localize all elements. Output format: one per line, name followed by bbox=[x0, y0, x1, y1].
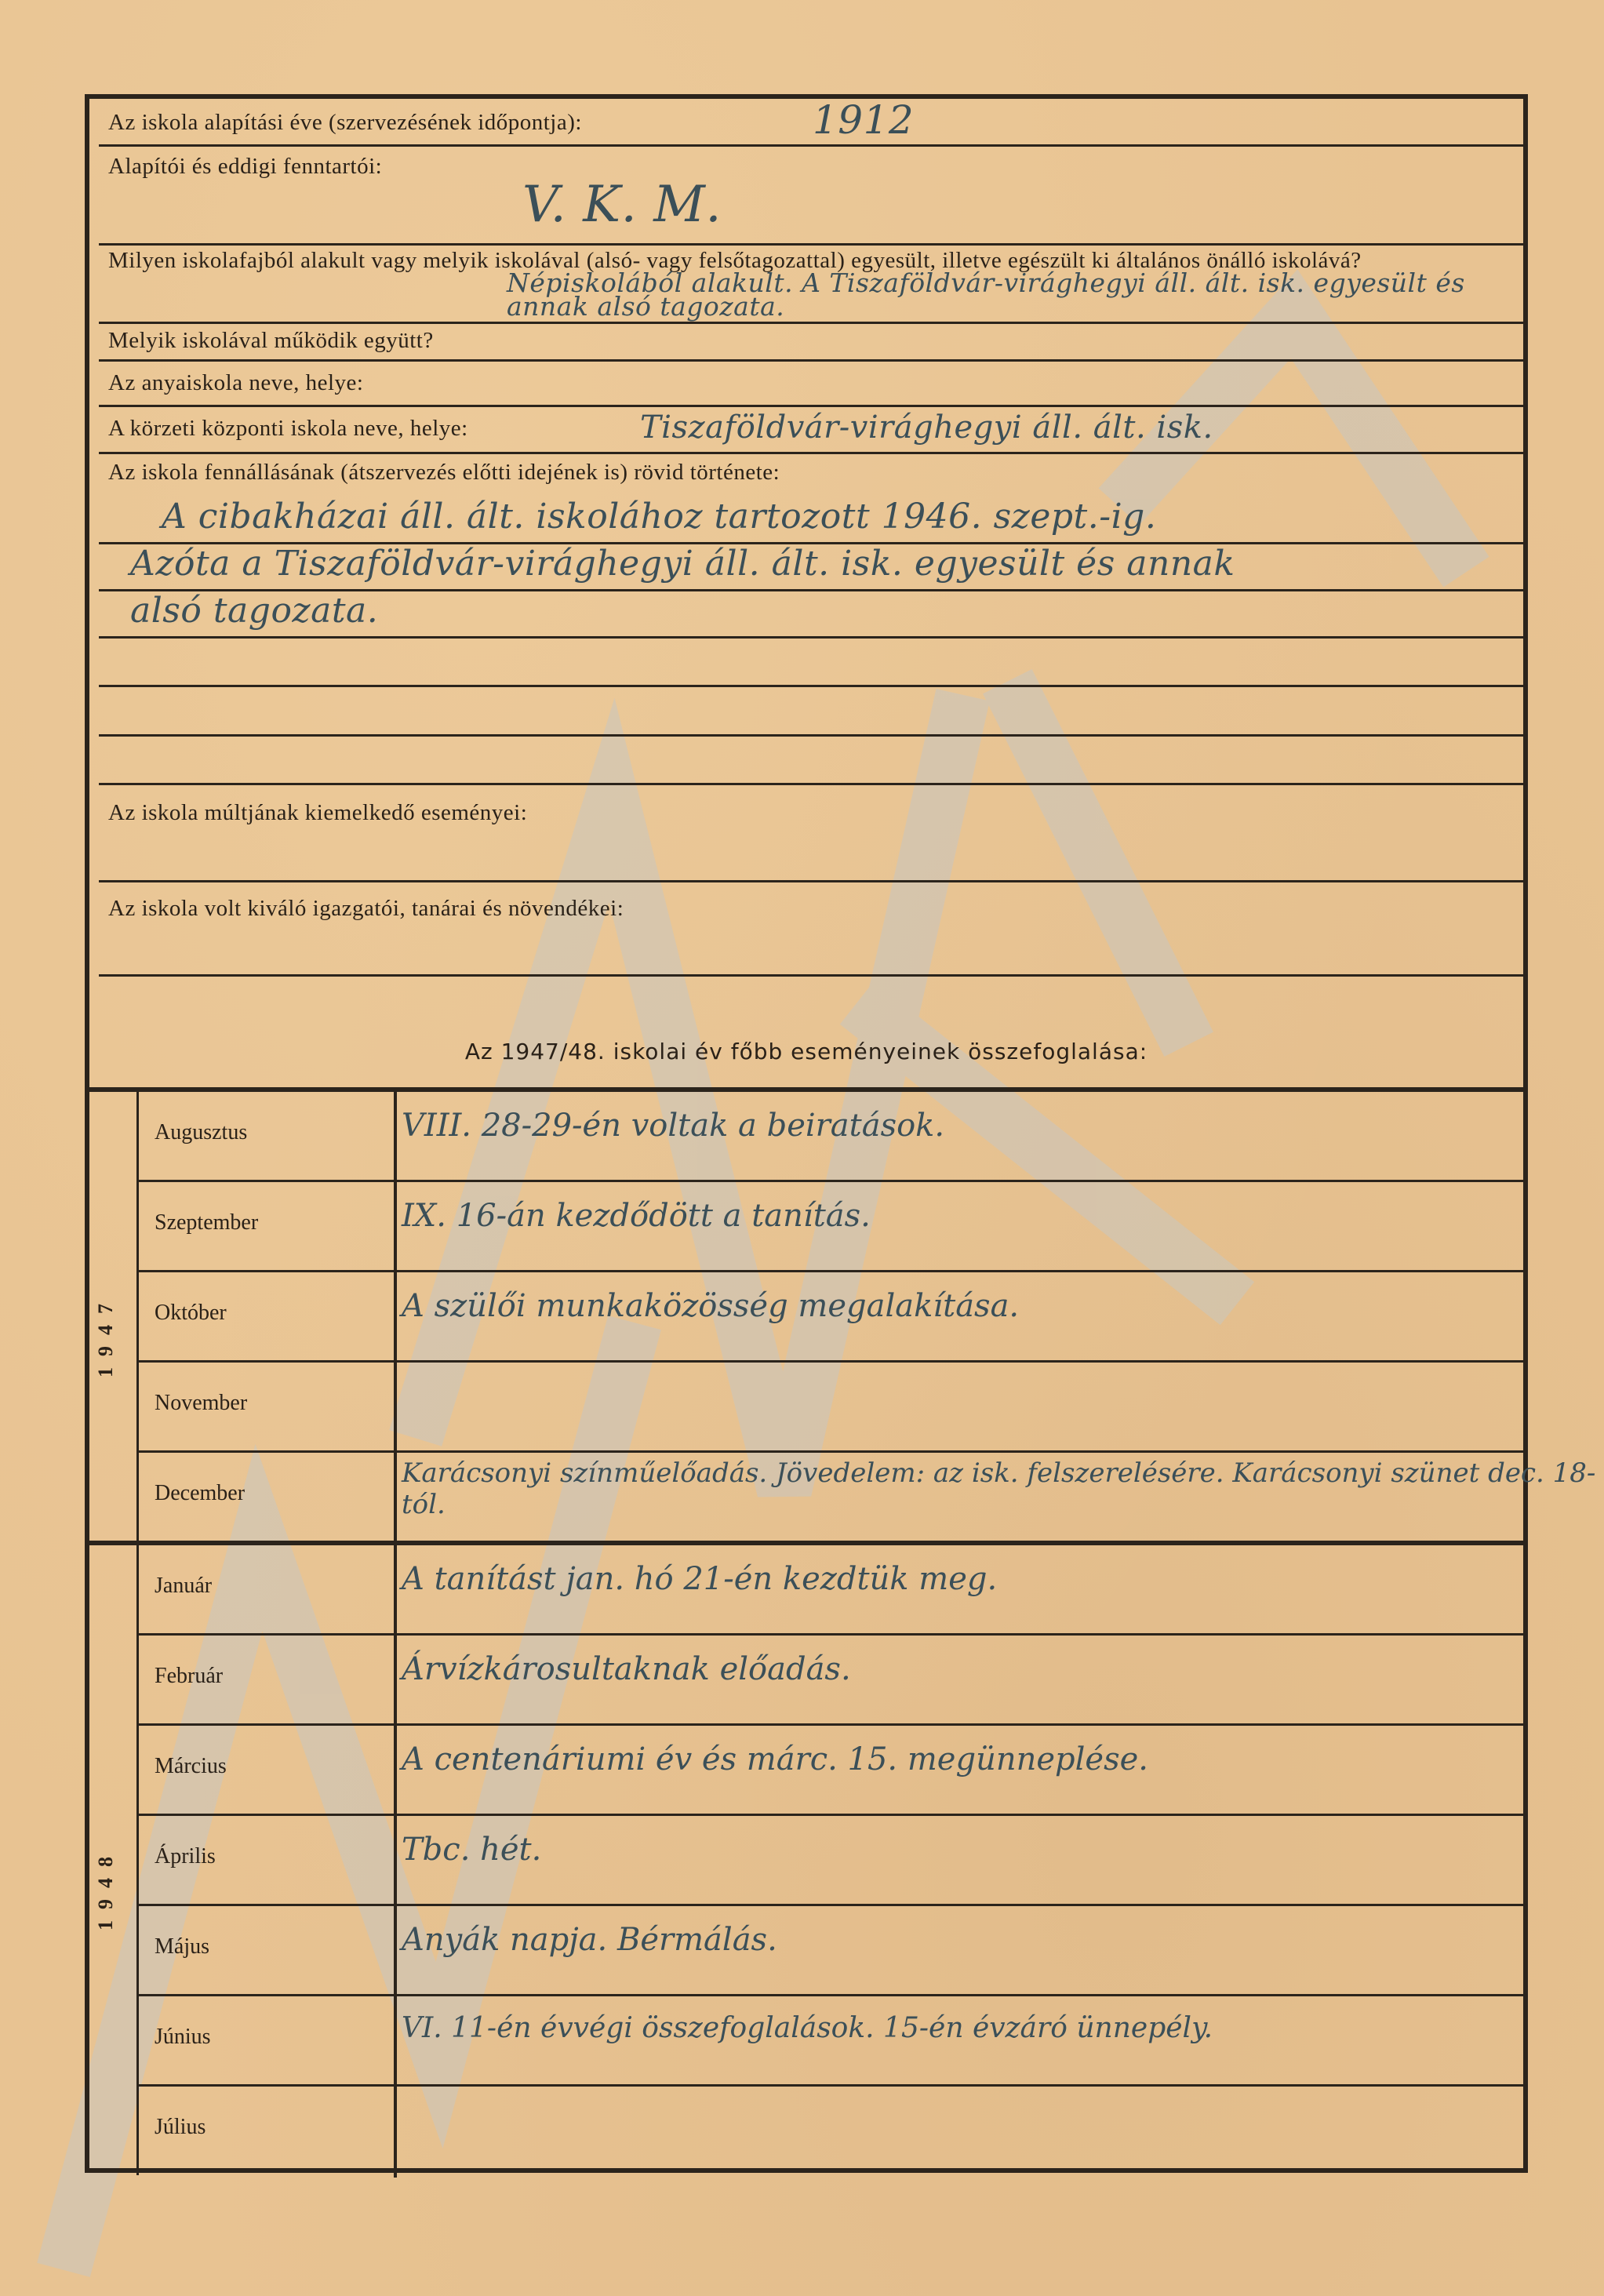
field-label: Alapítói és eddigi fenntartói: bbox=[108, 154, 382, 180]
month-name: Május bbox=[155, 1934, 209, 1959]
month-name: December bbox=[155, 1481, 245, 1506]
month-row: Április Tbc. hét. bbox=[139, 1816, 1523, 1906]
field-value[interactable]: 1912 bbox=[813, 97, 914, 143]
month-row: Július bbox=[139, 2087, 1523, 2177]
history-line-5 bbox=[99, 685, 1523, 737]
field-value[interactable]: Tiszaföldvár-virághegyi áll. ált. isk. bbox=[640, 409, 1213, 446]
month-name: Augusztus bbox=[155, 1120, 247, 1145]
month-name: Szeptember bbox=[155, 1210, 258, 1235]
field-label: Az iskola múltjának kiemelkedő eseményei… bbox=[108, 800, 527, 826]
history-line-1: A cibakházai áll. ált. iskolához tartozo… bbox=[99, 495, 1523, 544]
field-history: Az iskola fennállásának (átszervezés elő… bbox=[99, 452, 1523, 495]
field-label: Melyik iskolával működik együtt? bbox=[108, 328, 434, 354]
history-text[interactable]: A cibakházai áll. ált. iskolához tartozo… bbox=[162, 497, 1156, 537]
month-entry[interactable]: Árvízkárosultaknak előadás. bbox=[402, 1651, 851, 1687]
month-entry[interactable]: Anyák napja. Bérmálás. bbox=[402, 1922, 777, 1958]
field-label: Az iskola fennállásának (átszervezés elő… bbox=[108, 460, 780, 486]
field-founding-year: Az iskola alapítási éve (szervezésének i… bbox=[99, 99, 1523, 147]
month-entry[interactable]: Karácsonyi színműelőadás. Jövedelem: az … bbox=[402, 1457, 1604, 1520]
history-line-6 bbox=[99, 734, 1523, 785]
month-name: Január bbox=[155, 1574, 212, 1599]
month-entry[interactable]: A tanítást jan. hó 21-én kezdtük meg. bbox=[402, 1561, 997, 1597]
month-row: November bbox=[139, 1363, 1523, 1453]
month-row: Október A szülői munkaközösség megalakít… bbox=[139, 1272, 1523, 1363]
field-label: A körzeti központi iskola neve, helye: bbox=[108, 416, 468, 442]
month-entry[interactable]: VI. 11-én évvégi összefoglalások. 15-én … bbox=[402, 2012, 1213, 2044]
school-record-form: Az iskola alapítási éve (szervezésének i… bbox=[85, 94, 1528, 2173]
month-name: Április bbox=[155, 1844, 216, 1869]
field-founders: Alapítói és eddigi fenntartói: V. K. M. bbox=[99, 144, 1523, 246]
month-row: Január A tanítást jan. hó 21-én kezdtük … bbox=[139, 1545, 1523, 1636]
field-notable-people: Az iskola volt kiváló igazgatói, tanárai… bbox=[99, 880, 1523, 977]
history-line-2: Azóta a Tiszaföldvár-virághegyi áll. ált… bbox=[99, 542, 1523, 591]
year-column-1948: 1948 bbox=[89, 1543, 139, 2175]
month-name: Március bbox=[155, 1754, 227, 1779]
month-name: Július bbox=[155, 2115, 206, 2140]
field-school-origin: Milyen iskolafajból alakult vagy melyik … bbox=[99, 243, 1523, 324]
history-text[interactable]: alsó tagozata. bbox=[130, 591, 378, 631]
month-row: December Karácsonyi színműelőadás. Jöved… bbox=[139, 1453, 1523, 1543]
field-parent-school: Az anyaiskola neve, helye: bbox=[99, 359, 1523, 407]
months-table: 1947 1948 Augusztus VIII. 28-29-én volta… bbox=[89, 1087, 1523, 2178]
month-name: Február bbox=[155, 1664, 223, 1689]
field-value[interactable]: V. K. M. bbox=[522, 176, 722, 234]
year-label: 1947 bbox=[94, 1249, 133, 1421]
month-entry[interactable]: A centenáriumi év és márc. 15. megünnepl… bbox=[402, 1741, 1148, 1777]
month-row: Február Árvízkárosultaknak előadás. bbox=[139, 1636, 1523, 1726]
field-district-school: A körzeti központi iskola neve, helye: T… bbox=[99, 405, 1523, 454]
field-label: Az iskola alapítási éve (szervezésének i… bbox=[108, 110, 582, 136]
month-name: Június bbox=[155, 2025, 211, 2050]
month-entry[interactable]: Tbc. hét. bbox=[402, 1832, 541, 1868]
month-entry[interactable]: A szülői munkaközösség megalakítása. bbox=[402, 1288, 1019, 1324]
year-label: 1948 bbox=[94, 1802, 133, 1974]
month-name: November bbox=[155, 1391, 247, 1416]
month-entry[interactable]: VIII. 28-29-én voltak a beiratások. bbox=[402, 1108, 944, 1144]
month-row: Augusztus VIII. 28-29-én voltak a beirat… bbox=[139, 1092, 1523, 1182]
month-name: Október bbox=[155, 1301, 227, 1326]
field-cooperating-school: Melyik iskolával működik együtt? bbox=[99, 322, 1523, 362]
field-value[interactable]: Népiskolából alakult. A Tiszaföldvár-vir… bbox=[507, 271, 1526, 318]
field-label: Az iskola volt kiváló igazgatói, tanárai… bbox=[108, 896, 624, 922]
field-label: Az anyaiskola neve, helye: bbox=[108, 370, 363, 396]
history-line-4 bbox=[99, 636, 1523, 687]
field-notable-events: Az iskola múltjának kiemelkedő eseményei… bbox=[99, 783, 1523, 882]
month-row: Március A centenáriumi év és márc. 15. m… bbox=[139, 1726, 1523, 1816]
section-title: Az 1947/48. iskolai év főbb eseményeinek… bbox=[89, 1039, 1523, 1064]
history-text[interactable]: Azóta a Tiszaföldvár-virághegyi áll. ált… bbox=[130, 544, 1235, 584]
history-line-3: alsó tagozata. bbox=[99, 589, 1523, 639]
year-column-1947: 1947 bbox=[89, 1092, 139, 1543]
month-row: Szeptember IX. 16-án kezdődött a tanítás… bbox=[139, 1182, 1523, 1272]
month-entry[interactable]: IX. 16-án kezdődött a tanítás. bbox=[402, 1198, 871, 1234]
month-row: Május Anyák napja. Bérmálás. bbox=[139, 1906, 1523, 1996]
month-row: Június VI. 11-én évvégi összefoglalások.… bbox=[139, 1996, 1523, 2087]
